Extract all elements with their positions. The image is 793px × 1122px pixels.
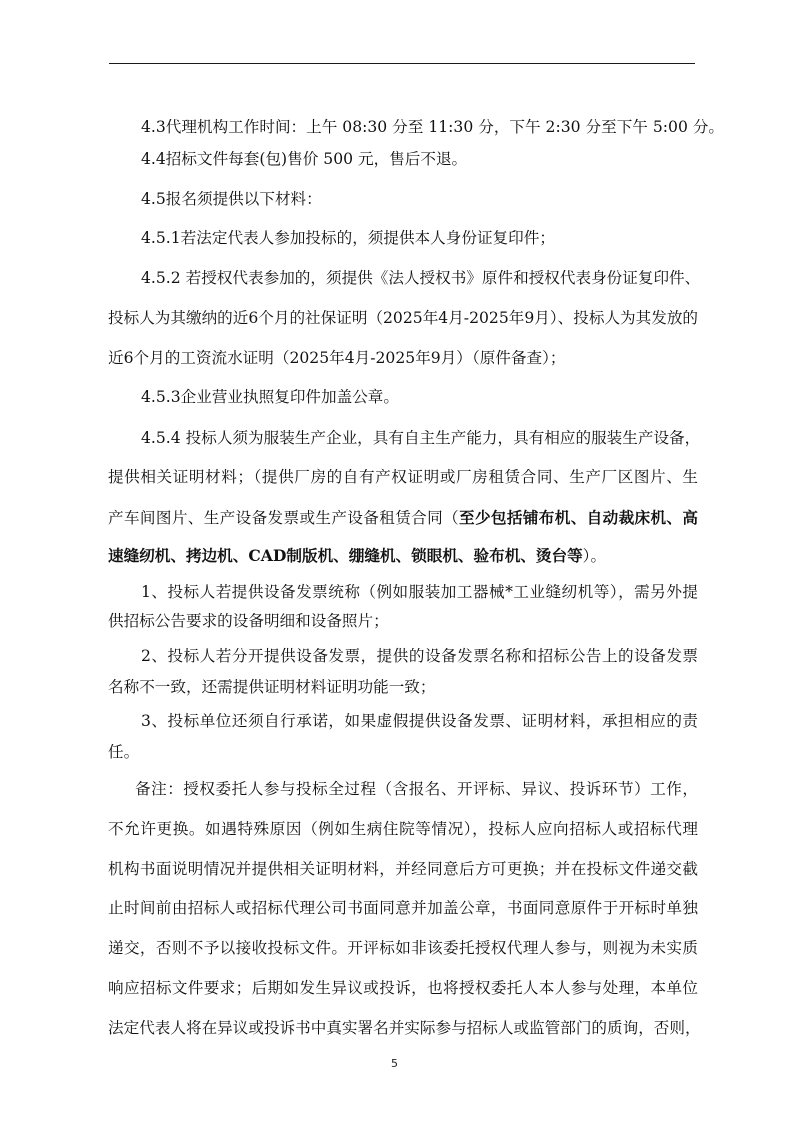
plain-text: 产车间图片、生产设备发票或生产设备租赁合同（ xyxy=(108,509,459,527)
paragraph-4-5-2-line-2: 投标人为其缴纳的近6个月的社保证明（2025年4月-2025年9月）、投标人为其… xyxy=(108,308,698,328)
paragraph-4-5-2-line-1: 4.5.2 若授权代表参加的，须提供《法人授权书》原件和授权代表身份证复印件、 xyxy=(141,268,698,288)
remark-line-5: 递交，否则不予以接收投标文件。开评标如非该委托授权代理人参与，则视为未实质 xyxy=(108,938,698,958)
remark-line-3: 机构书面说明情况并提供相关证明材料，并经同意后方可更换；并在投标文件递交截 xyxy=(108,859,698,879)
paragraph-4-3: 4.3代理机构工作时间：上午 08:30 分至 11:30 分，下午 2:30 … xyxy=(141,117,698,137)
item-3-line-1: 3、投标单位还须自行承诺，如果虚假提供设备发票、证明材料，承担相应的责 xyxy=(141,711,698,731)
paragraph-4-5-4-line-1: 4.5.4 投标人须为服装生产企业，具有自主生产能力，具有相应的服装生产设备， xyxy=(141,428,698,448)
paragraph-4-5-4-line-4: 速缝纫机、拷边机、CAD制版机、绷缝机、锁眼机、验布机、烫台等）。 xyxy=(108,546,698,566)
paragraph-4-5-3: 4.5.3企业营业执照复印件加盖公章。 xyxy=(141,387,698,407)
paragraph-4-5: 4.5报名须提供以下材料： xyxy=(141,189,698,209)
bold-equipment-list: 速缝纫机、拷边机、CAD制版机、绷缝机、锁眼机、验布机、烫台等 xyxy=(108,546,583,565)
page-number: 5 xyxy=(391,1057,398,1070)
remark-line-2: 不允许更换。如遇特殊原因（例如生病住院等情况），投标人应向招标人或招标代理 xyxy=(108,819,698,839)
paragraph-4-5-2-line-3: 近6个月的工资流水证明（2025年4月-2025年9月）（原件备查）； xyxy=(108,348,698,368)
item-1-line-2: 供招标公告要求的设备明细和设备照片； xyxy=(108,611,698,631)
remark-line-4: 止时间前由招标人或招标代理公司书面同意并加盖公章，书面同意原件于开标时单独 xyxy=(108,898,698,918)
header-rule xyxy=(109,63,695,64)
item-2-line-1: 2、投标人若分开提供设备发票，提供的设备发票名称和招标公告上的设备发票 xyxy=(141,646,698,666)
remark-line-1: 备注：授权委托人参与投标全过程（含报名、开评标、异议、投诉环节）工作， xyxy=(135,779,698,799)
bold-equipment-list: 至少包括铺布机、自动裁床机、高 xyxy=(459,508,698,527)
paragraph-4-4: 4.4招标文件每套(包)售价 500 元，售后不退。 xyxy=(141,149,698,169)
remark-line-6: 响应招标文件要求；后期如发生异议或投诉，也将授权委托人本人参与处理，本单位 xyxy=(108,978,698,998)
plain-text: ）。 xyxy=(583,547,606,565)
paragraph-4-5-4-line-2: 提供相关证明材料；（提供厂房的自有产权证明或厂房租赁合同、生产厂区图片、生 xyxy=(108,467,698,487)
paragraph-4-5-1: 4.5.1若法定代表人参加投标的，须提供本人身份证复印件； xyxy=(141,228,698,248)
remark-line-7: 法定代表人将在异议或投诉书中真实署名并实际参与招标人或监管部门的质询，否则， xyxy=(108,1018,698,1038)
item-1-line-1: 1、投标人若提供设备发票统称（例如服装加工器械*工业缝纫机等），需另外提 xyxy=(141,582,698,602)
paragraph-4-5-4-line-3: 产车间图片、生产设备发票或生产设备租赁合同（至少包括铺布机、自动裁床机、高 xyxy=(108,508,698,528)
item-3-line-2: 任。 xyxy=(108,742,698,762)
item-2-line-2: 名称不一致，还需提供证明材料证明功能一致； xyxy=(108,677,698,697)
